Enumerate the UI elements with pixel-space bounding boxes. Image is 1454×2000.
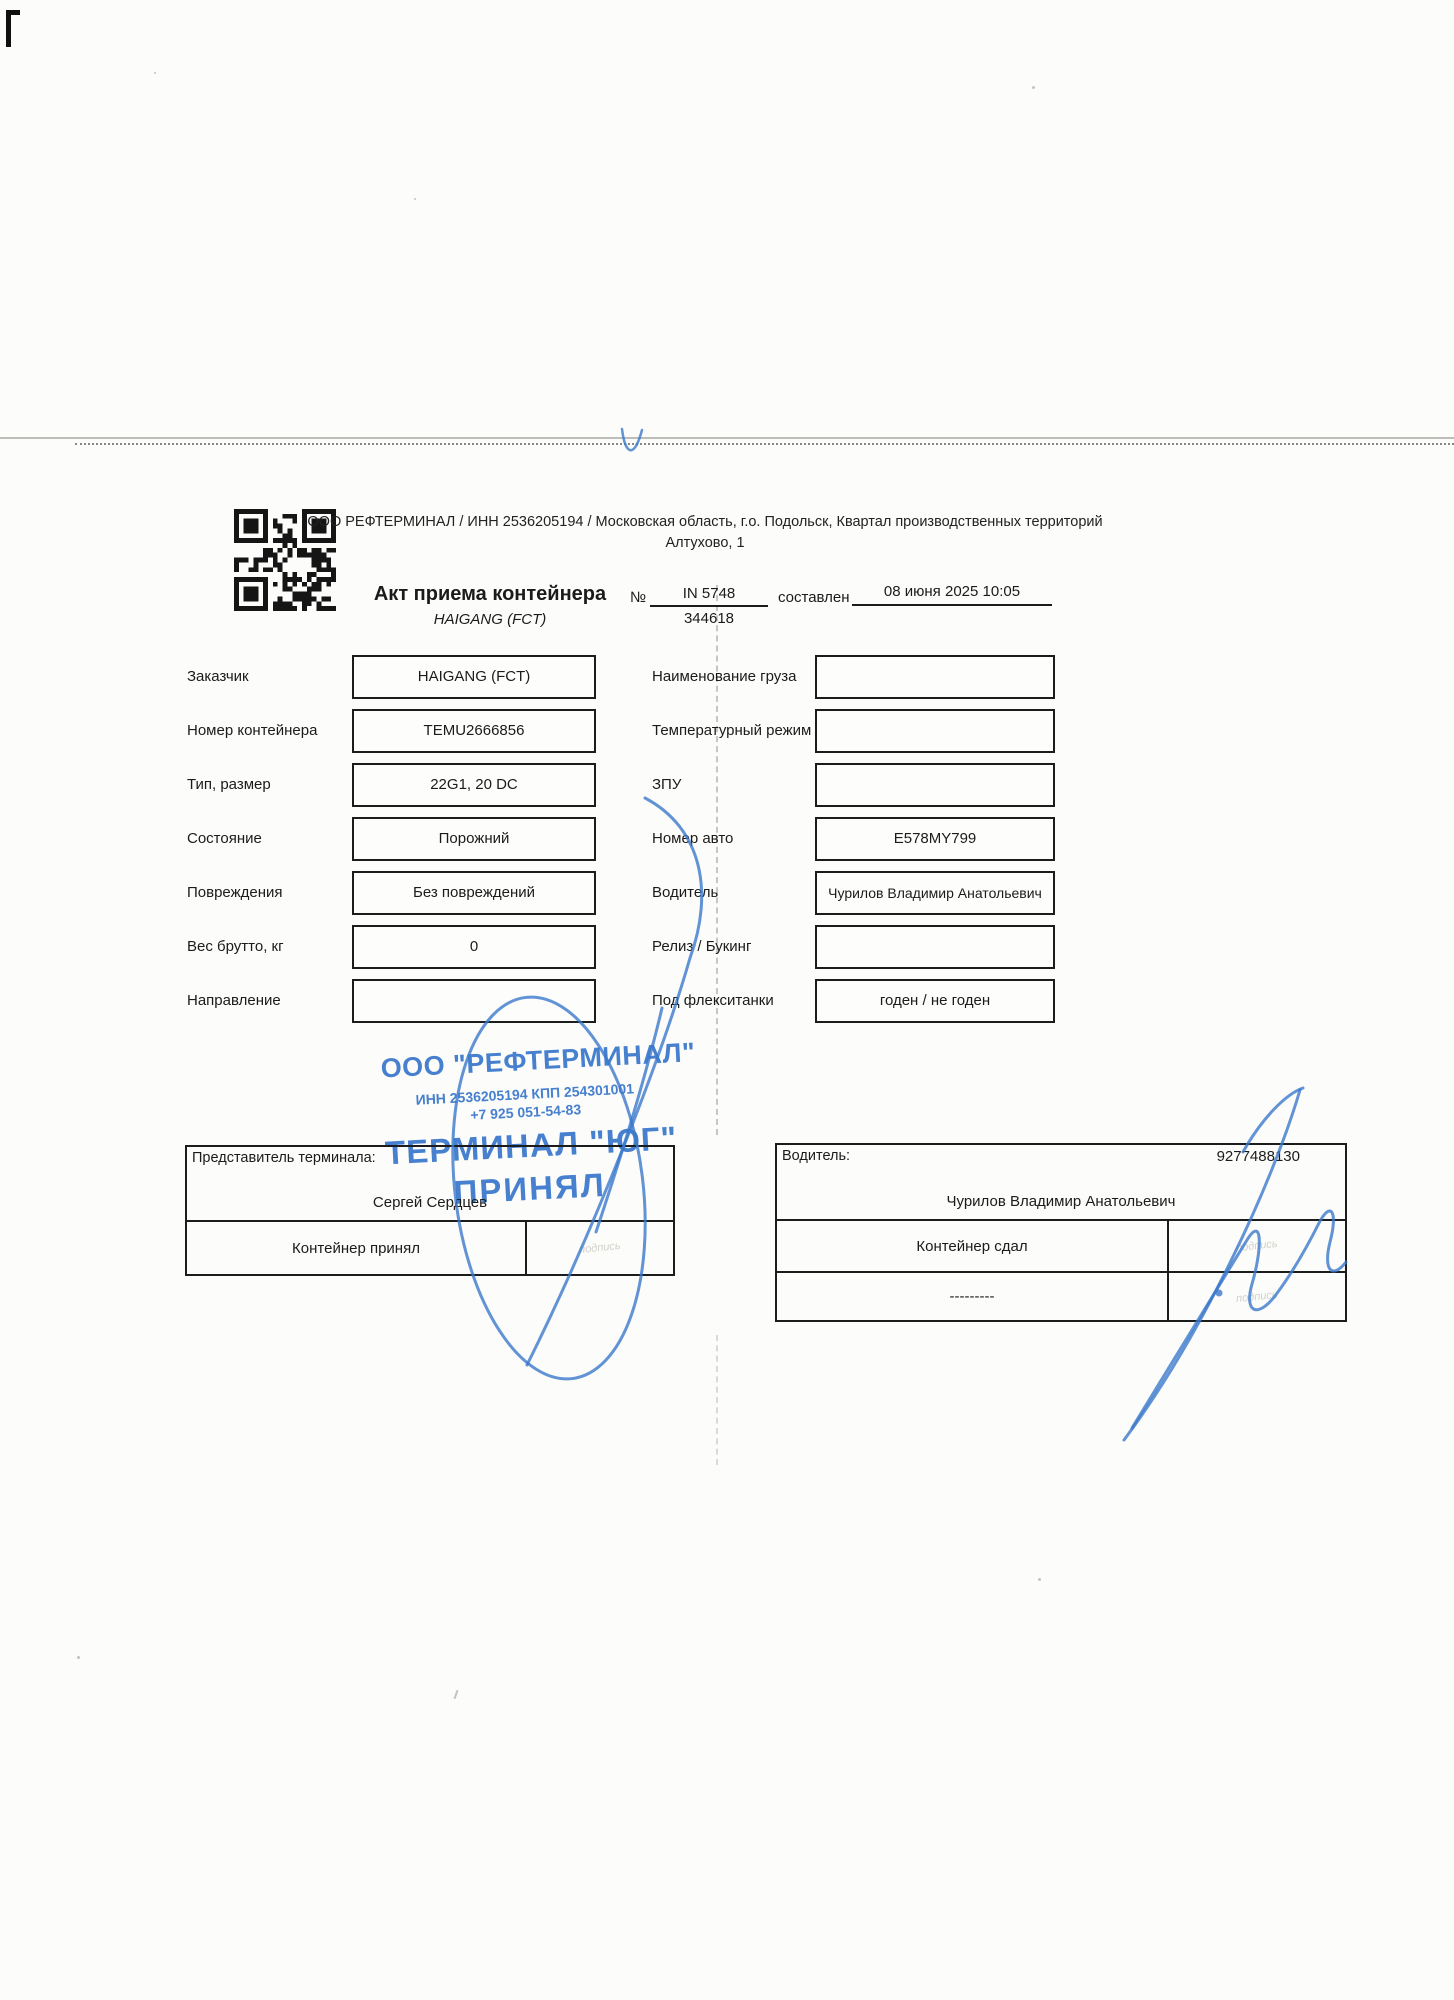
perforation-dotted-line — [75, 443, 1454, 445]
field-box-cargo-name — [815, 655, 1055, 699]
scan-speck — [77, 1656, 80, 1659]
driver-signature-cell: подпись — [1169, 1221, 1345, 1271]
field-label-container-number: Номер контейнера — [187, 719, 317, 743]
field-box-seal — [815, 763, 1055, 807]
field-label-release-booking: Релиз / Букинг — [652, 935, 751, 959]
driver-table: Водитель: 9277488130 Чурилов Владимир Ан… — [775, 1143, 1347, 1322]
company-header-line1: ООО РЕФТЕРМИНАЛ / ИНН 2536205194 / Моско… — [280, 512, 1130, 533]
field-label-truck-number: Номер авто — [652, 827, 733, 851]
scanned-document-page: ООО РЕФТЕРМИНАЛ / ИНН 2536205194 / Моско… — [0, 0, 1454, 2000]
driver-phone: 9277488130 — [1217, 1148, 1300, 1165]
scan-speck — [1038, 1578, 1041, 1581]
field-box-damages: Без повреждений — [352, 871, 596, 915]
field-box-container-number: TEMU2666856 — [352, 709, 596, 753]
vertical-fold-dotted-line — [716, 1335, 718, 1465]
terminal-representative-table: Представитель терминала: Сергей Сердцев … — [185, 1145, 675, 1276]
field-box-temperature-mode — [815, 709, 1055, 753]
document-number-top: IN 5748 — [650, 585, 768, 607]
field-box-truck-number: E578MY799 — [815, 817, 1055, 861]
field-label-direction: Направление — [187, 989, 281, 1013]
terminal-representative-row: Представитель терминала: Сергей Сердцев — [187, 1147, 673, 1220]
scan-speck — [154, 72, 156, 74]
scan-speck — [454, 1690, 459, 1699]
field-box-driver: Чурилов Владимир Анатольевич — [815, 871, 1055, 915]
dashes-row: --------- подпись — [777, 1271, 1345, 1320]
driver-label: Водитель: — [782, 1148, 850, 1164]
field-label-type-size: Тип, размер — [187, 773, 271, 797]
signature-placeholder: подпись — [1236, 1288, 1279, 1304]
dashes-cell: --------- — [777, 1273, 1169, 1320]
scan-corner-mark — [6, 10, 20, 15]
composed-datetime: 08 июня 2025 10:05 — [852, 583, 1052, 606]
field-label-condition: Состояние — [187, 827, 262, 851]
field-box-customer: HAIGANG (FCT) — [352, 655, 596, 699]
paper-fold-line — [0, 437, 1454, 439]
container-accepted-label: Контейнер принял — [187, 1222, 527, 1274]
driver-signature-cell-2: подпись — [1169, 1273, 1345, 1320]
document-subtitle: HAIGANG (FCT) — [300, 611, 680, 628]
container-accepted-row: Контейнер принял подпись — [187, 1220, 673, 1274]
scan-speck — [1032, 86, 1035, 89]
document-number-label: № — [630, 589, 646, 606]
field-label-customer: Заказчик — [187, 665, 249, 689]
field-label-damages: Повреждения — [187, 881, 283, 905]
field-label-temperature-mode: Температурный режим — [652, 719, 811, 743]
field-box-gross-weight: 0 — [352, 925, 596, 969]
field-box-condition: Порожний — [352, 817, 596, 861]
scan-corner-mark — [6, 10, 11, 47]
document-title: Акт приема контейнера — [300, 583, 680, 606]
document-number-bottom: 344618 — [650, 607, 768, 627]
document-number: IN 5748 344618 — [650, 585, 768, 627]
terminal-signature-cell: подпись — [527, 1222, 673, 1274]
field-box-flexitank: годен / не годен — [815, 979, 1055, 1023]
terminal-representative-name: Сергей Сердцев — [187, 1194, 673, 1211]
signature-placeholder: подпись — [579, 1240, 622, 1256]
signature-placeholder: подпись — [1236, 1238, 1279, 1254]
field-label-seal: ЗПУ — [652, 773, 681, 797]
scan-speck — [414, 198, 416, 200]
field-label-gross-weight: Вес брутто, кг — [187, 935, 284, 959]
container-handed-label: Контейнер сдал — [777, 1221, 1169, 1271]
terminal-representative-label: Представитель терминала: — [192, 1150, 376, 1166]
driver-name: Чурилов Владимир Анатольевич — [777, 1193, 1345, 1210]
field-label-cargo-name: Наименование груза — [652, 665, 797, 689]
field-box-release-booking — [815, 925, 1055, 969]
field-label-driver: Водитель — [652, 881, 718, 905]
field-box-direction — [352, 979, 596, 1023]
pen-checkmark — [622, 429, 642, 450]
company-header-line2: Алтухово, 1 — [280, 533, 1130, 554]
container-handed-row: Контейнер сдал подпись — [777, 1219, 1345, 1271]
company-header: ООО РЕФТЕРМИНАЛ / ИНН 2536205194 / Моско… — [280, 512, 1130, 554]
field-label-flexitank: Под флекситанки — [652, 989, 774, 1013]
field-box-type-size: 22G1, 20 DC — [352, 763, 596, 807]
stamp-company-name: ООО "РЕФТЕРМИНАЛ" — [380, 1039, 666, 1085]
composed-label: составлен — [778, 589, 850, 606]
driver-row: Водитель: 9277488130 Чурилов Владимир Ан… — [777, 1145, 1345, 1219]
